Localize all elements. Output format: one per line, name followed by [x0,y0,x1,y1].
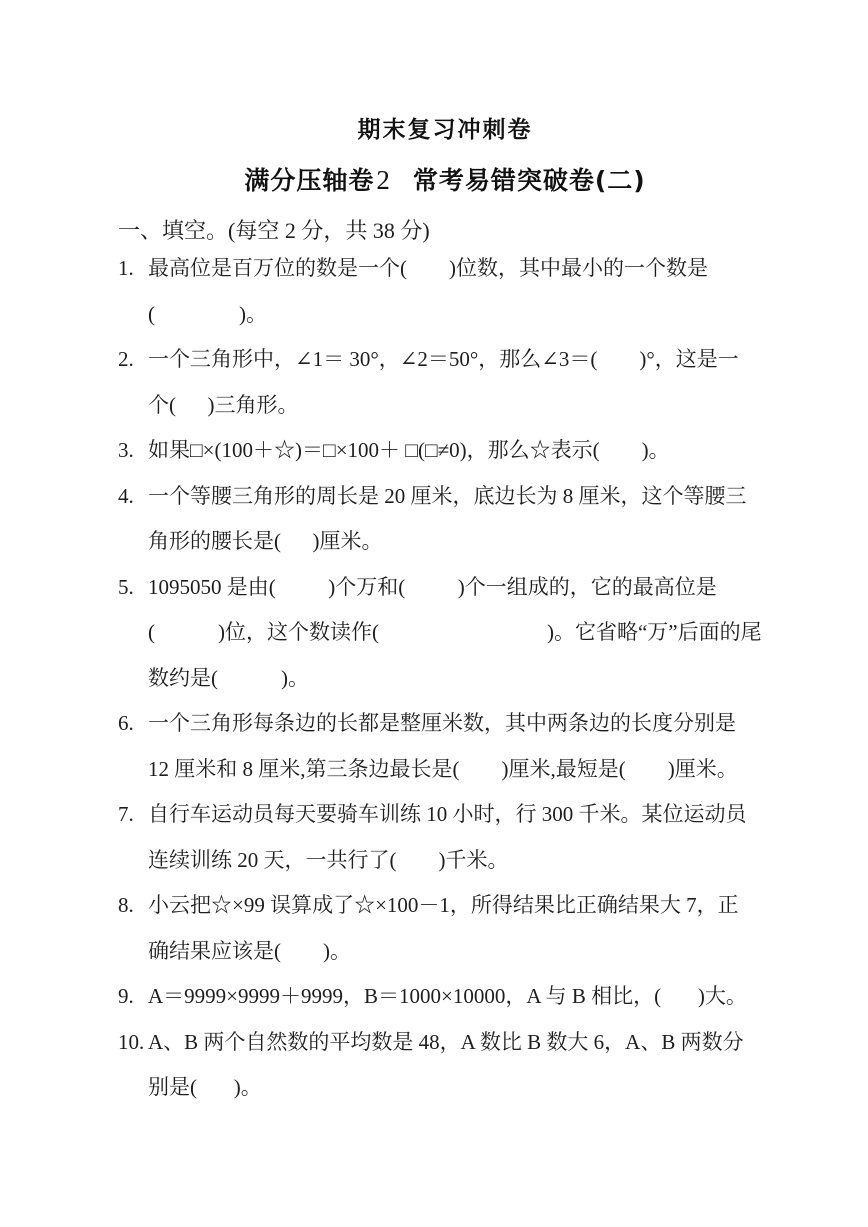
question-number: 9. [118,974,148,1020]
question-text: 个( )三角形。 [148,393,299,417]
question-line: 数约是( )。 [148,656,772,702]
question-line: 2.一个三角形中，∠1＝ 30°，∠2＝50°，那么∠3＝( )°，这是一 [148,337,772,383]
question-line: 7.自行车运动员每天要骑车训练 10 小时，行 300 千米。某位运动员 [148,792,772,838]
question-9: 9.A＝9999×9999＋9999，B＝1000×10000，A 与 B 相比… [118,974,772,1020]
question-line: 确结果应该是( )。 [148,929,772,975]
question-10: 10.A、B 两个自然数的平均数是 48，A 数比 B 数大 6，A、B 两数分… [118,1020,772,1111]
question-text: 最高位是百万位的数是一个( )位数，其中最小的一个数是 [148,256,708,280]
question-number: 5. [118,565,148,611]
question-6: 6.一个三角形每条边的长都是整厘米数，其中两条边的长度分别是 12 厘米和 8 … [118,701,772,792]
question-line: 5.1095050 是由( )个万和( )个一组成的，它的最高位是 [148,565,772,611]
question-1: 1.最高位是百万位的数是一个( )位数，其中最小的一个数是 ( )。 [118,246,772,337]
question-line: 1.最高位是百万位的数是一个( )位数，其中最小的一个数是 [148,246,772,292]
question-number: 1. [118,246,148,292]
question-text: 12 厘米和 8 厘米,第三条边最长是( )厘米,最短是( )厘米。 [148,757,738,781]
subtitle-volume-label: 满分压轴卷 [244,166,374,195]
question-text: 自行车运动员每天要骑车训练 10 小时，行 300 千米。某位运动员 [148,802,747,826]
question-line: ( )位，这个数读作( )。它省略“万”后面的尾 [148,610,772,656]
question-line: 4.一个等腰三角形的周长是 20 厘米，底边长为 8 厘米，这个等腰三 [148,474,772,520]
question-number: 6. [118,701,148,747]
question-number: 8. [118,883,148,929]
question-5: 5.1095050 是由( )个万和( )个一组成的，它的最高位是 ( )位，这… [118,565,772,702]
page-title: 期末复习冲刺卷 [118,116,772,144]
question-line: 12 厘米和 8 厘米,第三条边最长是( )厘米,最短是( )厘米。 [148,747,772,793]
question-line: 6.一个三角形每条边的长都是整厘米数，其中两条边的长度分别是 [148,701,772,747]
question-8: 8.小云把☆×99 误算成了☆×100－1，所得结果比正确结果大 7，正 确结果… [118,883,772,974]
question-number: 10. [118,1020,148,1066]
question-text: 别是( )。 [148,1075,262,1099]
question-number: 2. [118,337,148,383]
document-body: 期末复习冲刺卷 满分压轴卷2常考易错突破卷(二) 一、填空。(每空 2 分，共 … [0,0,868,1111]
question-line: 8.小云把☆×99 误算成了☆×100－1，所得结果比正确结果大 7，正 [148,883,772,929]
question-text: 连续训练 20 天，一共行了( )千米。 [148,848,509,872]
question-number: 3. [118,428,148,474]
subtitle-exam-name: 常考易错突破卷(二) [413,166,646,195]
question-number: 4. [118,474,148,520]
question-text: ( )位，这个数读作( )。它省略“万”后面的尾 [148,620,762,644]
question-line: 10.A、B 两个自然数的平均数是 48，A 数比 B 数大 6，A、B 两数分 [148,1020,772,1066]
question-text: ( )。 [148,302,267,326]
question-text: 一个三角形每条边的长都是整厘米数，其中两条边的长度分别是 [148,711,736,735]
question-text: 确结果应该是( )。 [148,939,351,963]
question-2: 2.一个三角形中，∠1＝ 30°，∠2＝50°，那么∠3＝( )°，这是一 个(… [118,337,772,428]
question-list: 1.最高位是百万位的数是一个( )位数，其中最小的一个数是 ( )。 2.一个三… [118,246,772,1111]
question-text: 一个三角形中，∠1＝ 30°，∠2＝50°，那么∠3＝( )°，这是一 [148,347,739,371]
question-text: 1095050 是由( )个万和( )个一组成的，它的最高位是 [148,575,717,599]
question-line: 别是( )。 [148,1065,772,1111]
question-line: 角形的腰长是( )厘米。 [148,519,772,565]
question-4: 4.一个等腰三角形的周长是 20 厘米，底边长为 8 厘米，这个等腰三 角形的腰… [118,474,772,565]
question-text: 小云把☆×99 误算成了☆×100－1，所得结果比正确结果大 7，正 [148,893,739,917]
question-text: 一个等腰三角形的周长是 20 厘米，底边长为 8 厘米，这个等腰三 [148,484,747,508]
question-text: A、B 两个自然数的平均数是 48，A 数比 B 数大 6，A、B 两数分 [148,1030,744,1054]
section-header-fill-in-blanks: 一、填空。(每空 2 分，共 38 分) [118,216,772,246]
question-number: 7. [118,792,148,838]
question-3: 3.如果□×(100＋☆)＝□×100＋ □(□≠0)，那么☆表示( )。 [118,428,772,474]
question-text: A＝9999×9999＋9999，B＝1000×10000，A 与 B 相比，(… [148,984,747,1008]
question-text: 如果□×(100＋☆)＝□×100＋ □(□≠0)，那么☆表示( )。 [148,438,670,462]
question-text: 数约是( )。 [148,666,309,690]
question-line: 个( )三角形。 [148,383,772,429]
question-line: 9.A＝9999×9999＋9999，B＝1000×10000，A 与 B 相比… [148,974,772,1020]
question-line: 连续训练 20 天，一共行了( )千米。 [148,838,772,884]
question-text: 角形的腰长是( )厘米。 [148,529,383,553]
exam-paper-page: 期末复习冲刺卷 满分压轴卷2常考易错突破卷(二) 一、填空。(每空 2 分，共 … [0,0,868,1227]
question-line: ( )。 [148,292,772,338]
subtitle-volume-number: 2 [374,165,393,195]
page-subtitle: 满分压轴卷2常考易错突破卷(二) [118,163,772,198]
question-line: 3.如果□×(100＋☆)＝□×100＋ □(□≠0)，那么☆表示( )。 [148,428,772,474]
question-7: 7.自行车运动员每天要骑车训练 10 小时，行 300 千米。某位运动员 连续训… [118,792,772,883]
